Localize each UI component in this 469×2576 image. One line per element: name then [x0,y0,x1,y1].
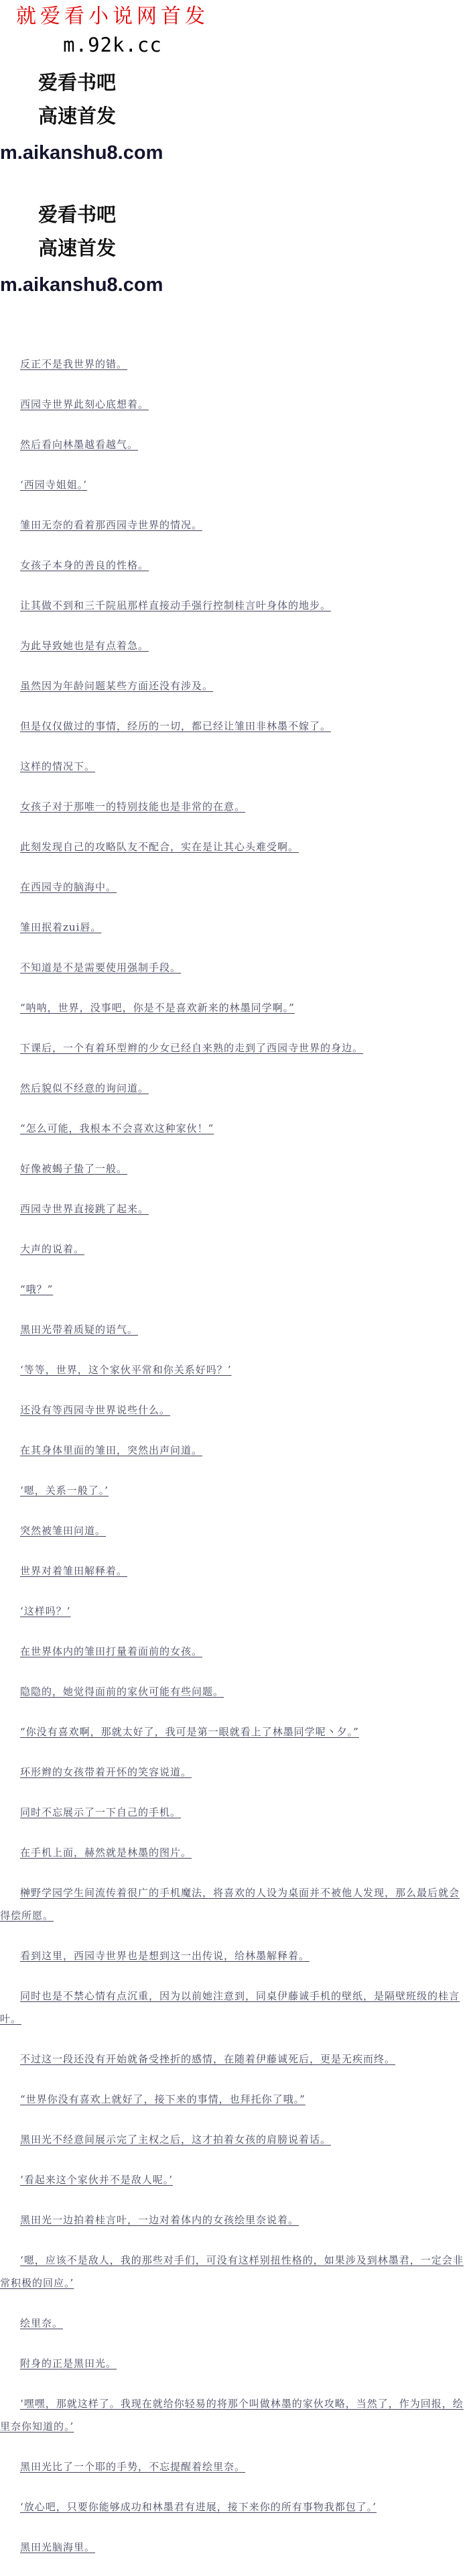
promo-tagline: 高速首发 [0,239,469,259]
novel-paragraph: 还没有等西园寺世界说些什么。 [0,1399,469,1421]
novel-paragraph: 雏田抿着zui唇。 [0,916,469,939]
novel-paragraph: 西园寺世界此刻心底想着。 [0,393,469,416]
novel-paragraph: 看到这里，西园寺世界也是想到这一出传说，给林墨解释着。 [0,1944,469,1967]
promo-site-name: 爱看书吧 [0,74,469,93]
novel-paragraph: 下课后，一个有着环型辫的少女已经自来熟的走到了西园寺世界的身边。 [0,1037,469,1059]
novel-paragraph: 同时不忘展示了一下自己的手机。 [0,1801,469,1824]
novel-paragraph: “世界你没有喜欢上就好了，接下来的事情，也拜托你了哦。” [0,2088,469,2111]
novel-paragraph: 此刻发现自己的攻略队友不配合，实在是让其心头难受啊。 [0,835,469,858]
novel-paragraph: ‘这样吗？’ [0,1600,469,1623]
novel-paragraph: 黑田光比了一个耶的手势，不忘提醒着绘里奈。 [0,2455,469,2478]
novel-paragraph: 黑田光不经意间展示完了主权之后，这才拍着女孩的肩膀说着话。 [0,2128,469,2151]
banner-site-name: 就爱看小说网首发 [0,4,225,30]
novel-paragraph: ‘嗯，关系一般了。’ [0,1479,469,1502]
novel-paragraph: 黑田光一边拍着桂言叶，一边对着体内的女孩绘里奈说着。 [0,2209,469,2231]
novel-paragraph: 在其身体里面的雏田，突然出声问道。 [0,1439,469,1462]
novel-paragraph: 女孩子本身的善良的性格。 [0,554,469,577]
novel-paragraph: 隐隐的，她觉得面前的家伙可能有些问题。 [0,1680,469,1703]
novel-paragraph: 在西园寺的脑海中。 [0,876,469,898]
novel-paragraph: ‘看起来这个家伙并不是敌人呢。’ [0,2168,469,2191]
novel-paragraph: 环形辫的女孩带着开怀的笑容说道。 [0,1761,469,1783]
novel-paragraph: “怎么可能，我根本不会喜欢这种家伙！” [0,1117,469,1140]
banner-site-domain: m.92k.cc [0,34,225,57]
novel-paragraph: “你没有喜欢啊，那就太好了，我可是第一眼就看上了林墨同学呢丶夕。” [0,1720,469,1743]
novel-paragraph: 这样的情况下。 [0,755,469,778]
novel-paragraph: 西园寺世界直接跳了起来。 [0,1197,469,1220]
novel-paragraph: 黑田光带着质疑的语气。 [0,1318,469,1341]
novel-paragraph: “呐呐，世界，没事吧，你是不是喜欢新来的林墨同学啊。” [0,996,469,1019]
novel-paragraph: ‘嗯，应该不是敌人，我的那些对手们，可没有这样别扭性格的，如果涉及到林墨君，一定… [0,2249,469,2294]
novel-paragraph: 然后看向林墨越看越气。 [0,433,469,456]
novel-paragraph: 同时也是不禁心情有点沉重，因为以前她注意到，同桌伊藤诚手机的壁纸，是隔壁班级的桂… [0,1985,469,2030]
novel-paragraph: 在世界体内的雏田打量着面前的女孩。 [0,1640,469,1663]
promo-block-1: 爱看书吧 高速首发 m.aikanshu8.com [0,74,469,163]
novel-paragraph: 反正不是我世界的错。 [0,353,469,375]
novel-paragraph: “哦？” [0,1278,469,1301]
promo-domain: m.aikanshu8.com [0,143,469,163]
novel-paragraph: 然后貌似不经意的询问道。 [0,1077,469,1100]
novel-paragraph: ‘等等，世界，这个家伙平常和你关系好吗？’ [0,1358,469,1381]
novel-paragraph: 不过这一段还没有开始就备受挫折的感情，在随着伊藤诚死后，更是无疾而终。 [0,2048,469,2070]
novel-paragraph: 虽然因为年龄问题某些方面还没有涉及。 [0,675,469,697]
novel-paragraph: 为此导致她也是有点着急。 [0,634,469,657]
novel-page: 就爱看小说网首发 m.92k.cc 爱看书吧 高速首发 m.aikanshu8.… [0,0,469,2576]
novel-paragraph: ‘嘿嘿，那就这样了。我现在就给你轻易的将那个叫做林墨的家伙攻略，当然了，作为回报… [0,2392,469,2438]
novel-paragraph: ‘西园寺姐姐。’ [0,473,469,496]
promo-site-name: 爱看书吧 [0,206,469,225]
novel-paragraph: 榊野学园学生间流传着很广的手机魔法，将喜欢的人设为桌面并不被他人发现，那么最后就… [0,1881,469,1927]
novel-paragraph: 雏田无奈的看着那西园寺世界的情况。 [0,514,469,536]
novel-paragraph: 世界对着雏田解释着。 [0,1560,469,1582]
novel-paragraph: ‘放心吧，只要你能够成功和林墨君有进展，接下来你的所有事物我都包了。’ [0,2496,469,2518]
novel-paragraph: 在手机上面，赫然就是林墨的图片。 [0,1841,469,1864]
promo-block-2: 爱看书吧 高速首发 m.aikanshu8.com [0,206,469,295]
novel-paragraph: 突然被雏田问道。 [0,1519,469,1542]
promo-tagline: 高速首发 [0,107,469,127]
novel-paragraph: 黑田光脑海里。 [0,2536,469,2559]
novel-body: 反正不是我世界的错。西园寺世界此刻心底想着。然后看向林墨越看越气。‘西园寺姐姐。… [0,353,469,2559]
promo-domain: m.aikanshu8.com [0,276,469,295]
novel-paragraph: 让其做不到和三千院凪那样直接动手强行控制桂言叶身体的地步。 [0,594,469,617]
novel-paragraph: 不知道是不是需要使用强制手段。 [0,956,469,979]
novel-paragraph: 好像被蝎子蛰了一般。 [0,1157,469,1180]
site-banner: 就爱看小说网首发 m.92k.cc [0,0,225,56]
novel-paragraph: 附身的正是黑田光。 [0,2352,469,2375]
novel-paragraph: 女孩子对于那唯一的特别技能也是非常的在意。 [0,795,469,818]
novel-paragraph: 绘里奈。 [0,2312,469,2335]
novel-paragraph: 但是仅仅做过的事情，经历的一切，都已经让雏田非林墨不嫁了。 [0,715,469,738]
novel-paragraph: 大声的说着。 [0,1238,469,1261]
